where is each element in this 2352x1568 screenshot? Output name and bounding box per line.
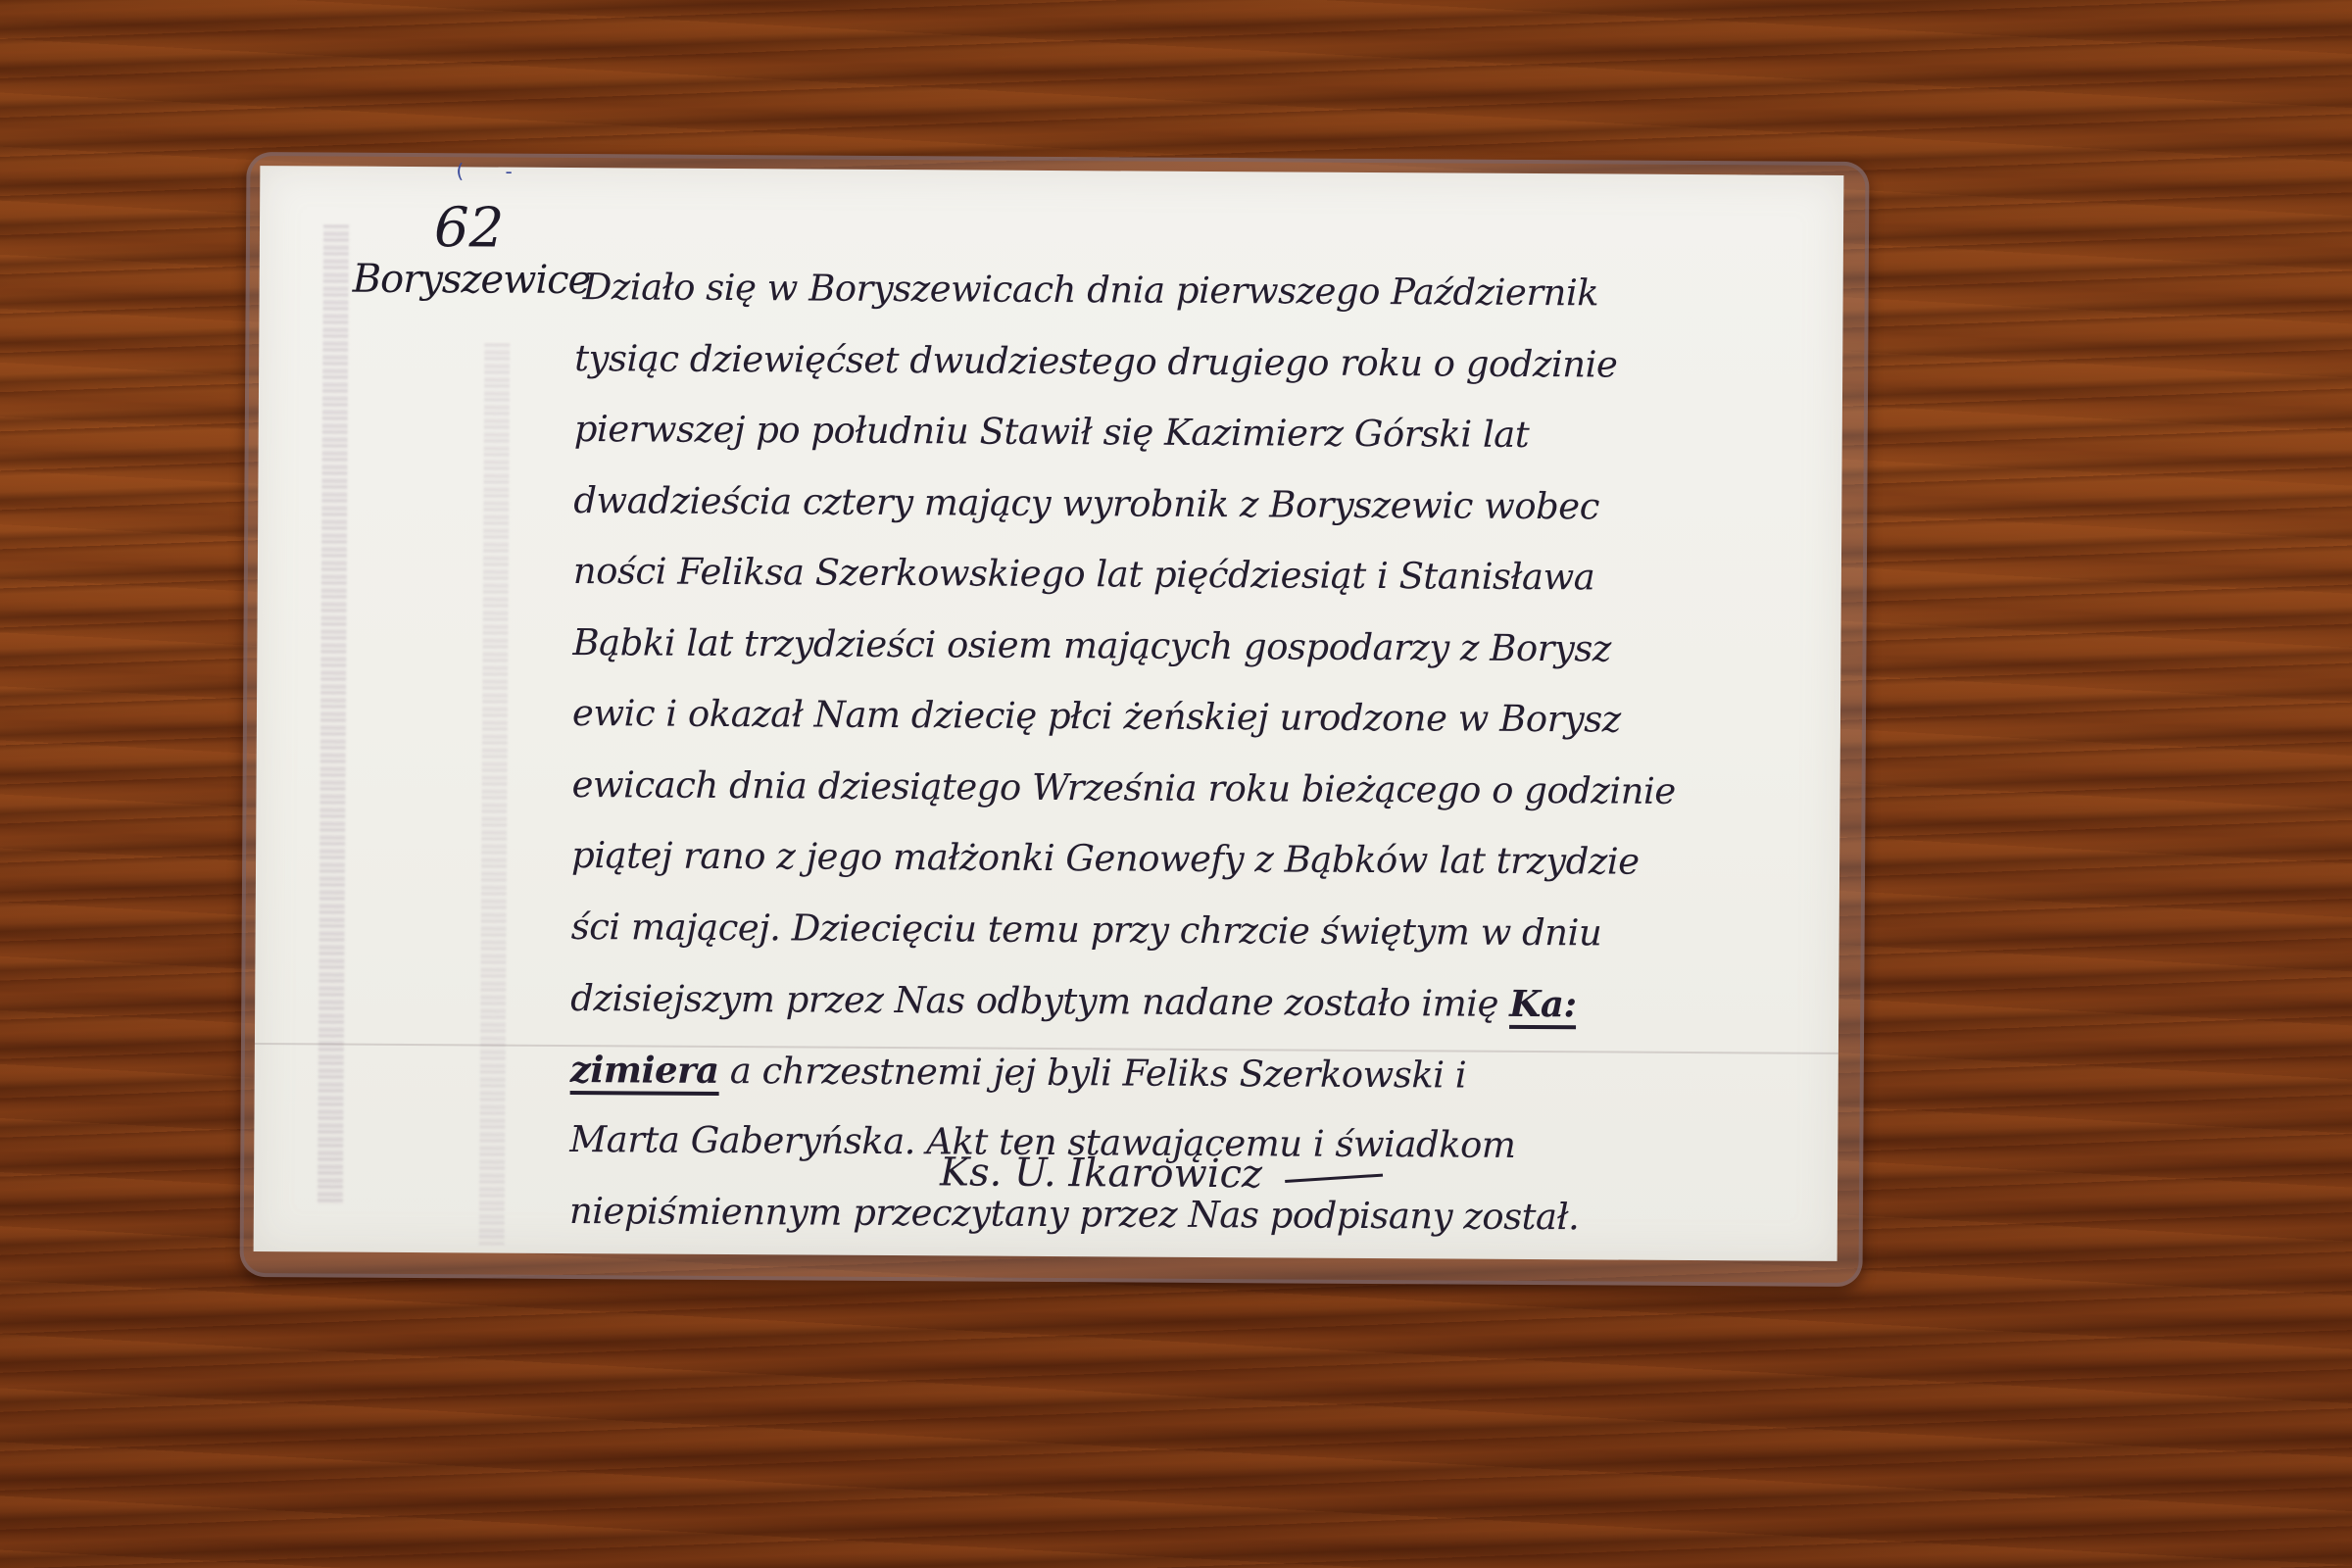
priest-signature: Ks. U. Ikarowicz [940, 1150, 1383, 1198]
margin-place-name: Boryszewice [353, 257, 591, 303]
text-line: ewicach dnia dziesiątego Września roku b… [571, 756, 1767, 834]
text-line: ści mającej. Dziecięciu temu przy chrzci… [570, 898, 1766, 976]
signature-flourish [1285, 1173, 1383, 1182]
text-line: dzisiejszym przez Nas odbytym nadane zos… [570, 968, 1766, 1047]
text-line-content: dzisiejszym przez Nas odbytym nadane zos… [570, 977, 1498, 1025]
document-page: ( - 62 Boryszewice Działo się w Boryszew… [254, 166, 1844, 1261]
child-name-part-1: Ka: [1509, 982, 1577, 1029]
text-line: ności Feliksa Szerkowskiego lat pięćdzie… [573, 542, 1769, 620]
text-line: pierwszej po południu Stawił się Kazimie… [574, 400, 1770, 478]
stamp-bleed-mark [479, 343, 511, 1245]
page-number: 62 [434, 196, 505, 260]
text-line: dwadzieścia cztery mający wyrobnik z Bor… [573, 471, 1769, 550]
text-line: piątej rano z jego małżonki Genowefy z B… [571, 826, 1767, 905]
stamp-bleed-mark [318, 224, 349, 1204]
text-line: Działo się w Boryszewicach dnia pierwsze… [582, 258, 1770, 336]
text-line: ewic i okazał Nam dziecię płci żeńskiej … [572, 684, 1768, 762]
text-line: zimiera zimiera a chrzestnemi jej byli F… [570, 1040, 1766, 1118]
text-line-rest: a chrzestnemi jej byli Feliks Szerkowski… [730, 1050, 1467, 1097]
pencil-marks: ( - [456, 159, 530, 182]
record-body: Działo się w Boryszewicach dnia pierwsze… [569, 258, 1771, 1259]
child-name-part-2: zimiera [570, 1048, 719, 1096]
text-line: Bąbki lat trzydzieści osiem mających gos… [572, 613, 1768, 692]
signature-text: Ks. U. Ikarowicz [940, 1150, 1262, 1197]
text-line: tysiąc dziewięćset dwudziestego drugiego… [574, 329, 1770, 408]
